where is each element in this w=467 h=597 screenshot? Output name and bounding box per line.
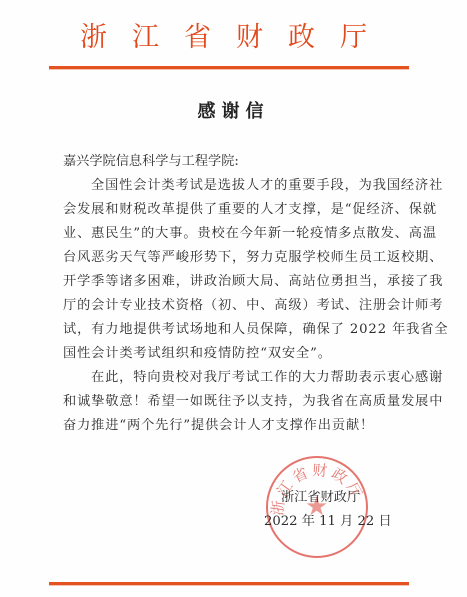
text-line: 和诚挚敬意！希望一如既往予以支持，为我省在高质量发展中 [63, 390, 409, 414]
footer-rule [49, 582, 409, 585]
letterhead-rule [49, 66, 409, 69]
text-line: 开学季等诸多困难，讲政治顾大局、高站位勇担当，承接了我 [63, 270, 409, 294]
signature-block: 浙江省财政厅 2022 年 11 月 22 日 [264, 486, 404, 534]
text-line: 厅的会计专业技术资格（初、中、高级）考试、注册会计师考 [63, 294, 409, 318]
signature-org: 浙江省财政厅 [264, 486, 404, 510]
paragraph-1: 全国性会计类考试是选拔人才的重要手段，为我国经济社 会发展和财税改革提供了重要的… [63, 174, 409, 366]
text-line: 试，有力地提供考试场地和人员保障，确保了 2022 年我省全 [63, 318, 409, 342]
text-line: 业、惠民生”的大事。贵校在今年新一轮疫情多点散发、高温 [63, 222, 409, 246]
text-line: 奋力推进“两个先行”提供会计人才支撑作出贡献！ [63, 414, 409, 438]
text-line: 国性会计类考试组织和疫情防控“双安全”。 [63, 342, 409, 366]
document-title: 感谢信 [0, 100, 467, 124]
paragraph-2: 在此，特向贵校对我厅考试工作的大力帮助表示衷心感谢 和诚挚敬意！希望一如既往予以… [63, 366, 409, 438]
text-line: 台风恶劣天气等严峻形势下，努力克服学校师生员工返校期、 [63, 246, 409, 270]
salutation: 嘉兴学院信息科学与工程学院: [63, 150, 409, 174]
text-line: 全国性会计类考试是选拔人才的重要手段，为我国经济社 [63, 174, 409, 198]
letter-page: 浙江省财政厅 感谢信 嘉兴学院信息科学与工程学院: 全国性会计类考试是选拔人才的… [0, 0, 467, 597]
text-line: 在此，特向贵校对我厅考试工作的大力帮助表示衷心感谢 [63, 366, 409, 390]
signature-date: 2022 年 11 月 22 日 [264, 510, 404, 534]
letterhead-title: 浙江省财政厅 [80, 20, 390, 56]
text-line: 会发展和财税改革提供了重要的人才支撑，是“促经济、保就 [63, 198, 409, 222]
